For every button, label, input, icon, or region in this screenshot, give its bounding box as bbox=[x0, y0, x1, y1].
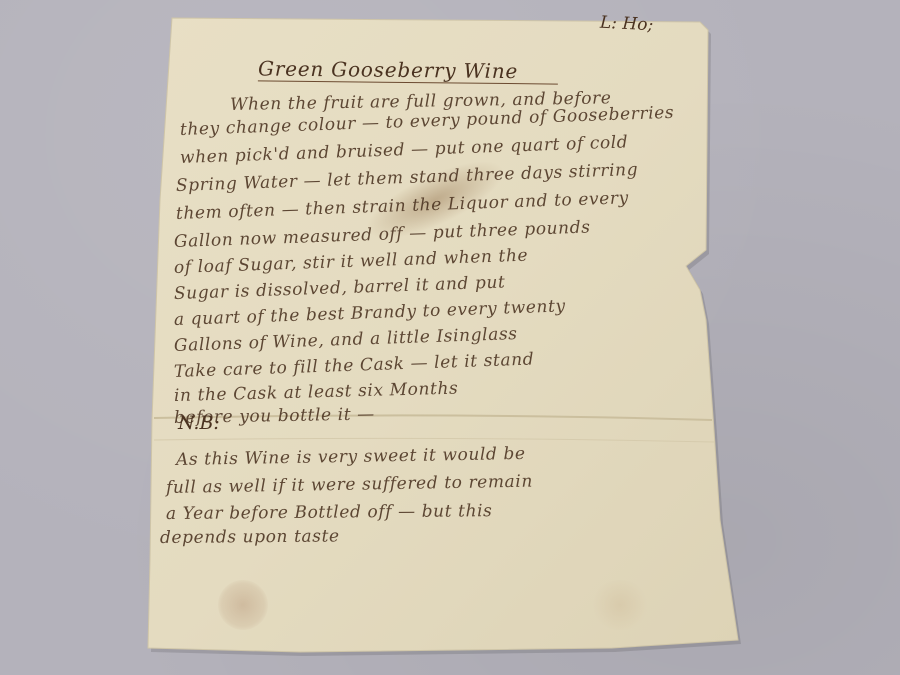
body-line: Take care to fill the Cask — let it stan… bbox=[174, 349, 535, 382]
nb-line: a Year before Bottled off — but this bbox=[166, 501, 493, 524]
nb-line: full as well if it were suffered to rema… bbox=[166, 472, 533, 498]
nb-line: depends upon taste bbox=[160, 526, 340, 548]
nota-bene-label: N.B: bbox=[178, 412, 220, 434]
handwritten-text: L: Ho; Green Gooseberry Wine When the fr… bbox=[0, 0, 900, 675]
body-line: in the Cask at least six Months bbox=[174, 379, 459, 406]
reference-mark: L: Ho; bbox=[600, 13, 654, 36]
nb-line: As this Wine is very sweet it would be bbox=[176, 444, 526, 470]
body-line: Gallon now measured off — put three poun… bbox=[174, 217, 591, 252]
recipe-title: Green Gooseberry Wine bbox=[258, 56, 558, 84]
